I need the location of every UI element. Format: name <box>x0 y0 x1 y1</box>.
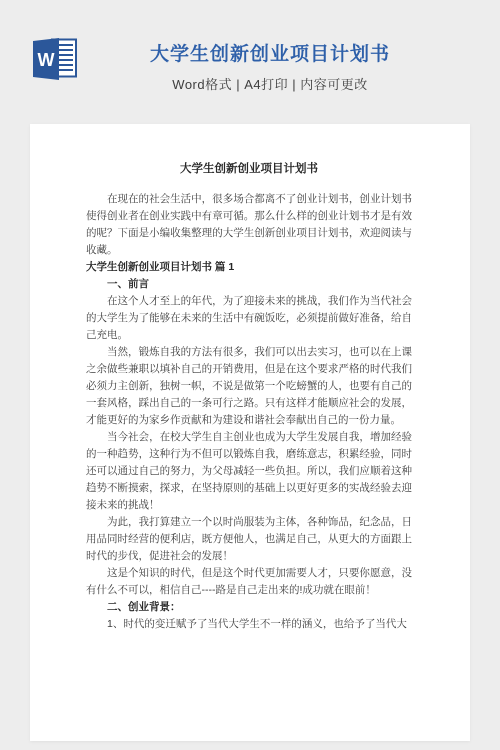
doc-heading: 大学生创新创业项目计划书 篇 1 <box>86 259 412 276</box>
doc-paragraph: 这是个知识的时代，但是这个时代更加需要人才，只要你愿意，没有什么不可以，相信自己… <box>86 565 412 599</box>
document-title: 大学生创新创业项目计划书 <box>86 161 412 178</box>
document-body: 在现在的社会生活中，很多场合都离不了创业计划书，创业计划书使得创业者在创业实践中… <box>86 191 412 633</box>
template-subtitle: Word格式 | A4打印 | 内容可更改 <box>40 74 500 93</box>
template-header: W 大学生创新创业项目计划书 Word格式 | A4打印 | 内容可更改 <box>0 0 500 112</box>
doc-heading: 二、创业背景： <box>86 599 412 616</box>
doc-paragraph: 当今社会，在校大学生自主创业也成为大学生发展自我，增加经验的一种趋势，这种行为不… <box>86 429 412 514</box>
template-title: 大学生创新创业项目计划书 <box>40 44 500 66</box>
doc-paragraph: 为此，我打算建立一个以时尚服装为主体，各种饰品，纪念品，日用品同时经营的便利店，… <box>86 514 412 565</box>
doc-paragraph: 在现在的社会生活中，很多场合都离不了创业计划书，创业计划书使得创业者在创业实践中… <box>86 191 412 259</box>
document-page: 大学生创新创业项目计划书 在现在的社会生活中，很多场合都离不了创业计划书，创业计… <box>30 124 470 741</box>
doc-paragraph: 1、时代的变迁赋予了当代大学生不一样的涵义，也给予了当代大 <box>86 616 412 633</box>
doc-paragraph: 在这个人才至上的年代，为了迎接未来的挑战，我们作为当代社会的大学生为了能够在未来… <box>86 293 412 344</box>
doc-heading: 一、前言 <box>86 276 412 293</box>
header-text-block: 大学生创新创业项目计划书 Word格式 | A4打印 | 内容可更改 <box>40 44 500 93</box>
doc-paragraph: 当然，锻炼自我的方法有很多，我们可以出去实习，也可以在上课之余做些兼职以填补自己… <box>86 344 412 429</box>
